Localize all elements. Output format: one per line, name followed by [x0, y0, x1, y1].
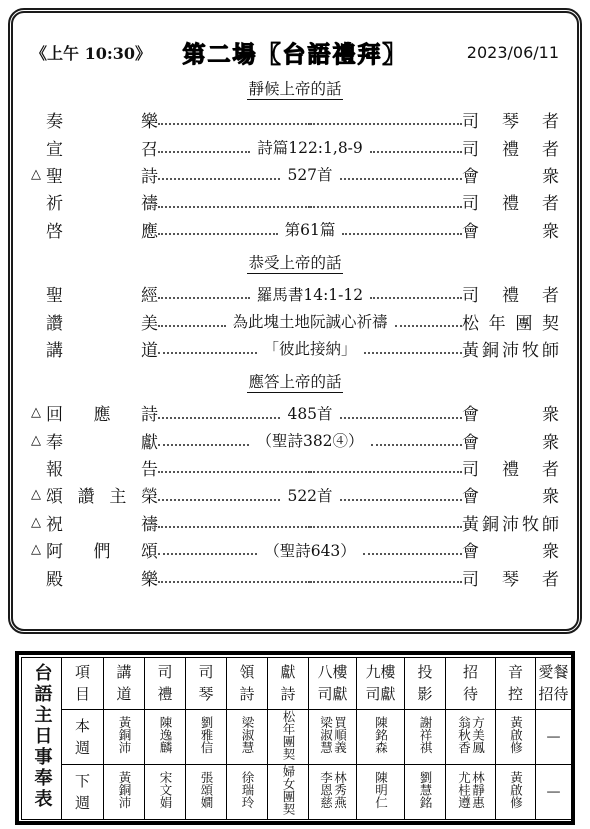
dotted-leader	[158, 352, 257, 354]
worship-program-box: 《上午 10:30》 第二場【台語禮拜】 2023/06/11 靜候上帝的話 奏…	[8, 8, 582, 634]
liturgy-row: 奏樂 司琴者	[31, 106, 559, 133]
duty-table-title: 台語主日事奉表	[29, 663, 55, 810]
liturgy-item: 祝禱	[46, 510, 158, 535]
duty-name: 買順義 梁淑慧	[319, 716, 347, 754]
col-header-song-leader: 領 詩	[227, 658, 268, 710]
liturgy-item: 講道	[46, 336, 158, 361]
dotted-leader	[340, 499, 462, 501]
row-prefix: △	[31, 405, 46, 420]
liturgy-detail: （聖詩382④）	[249, 429, 370, 451]
duty-cell: 劉雅信	[186, 710, 227, 765]
col-header-presider: 司 禮	[145, 658, 186, 710]
dotted-leader	[310, 206, 462, 208]
liturgy-role: 司禮者	[462, 135, 559, 160]
col-header-offering-8f: 八樓 司獻	[309, 658, 357, 710]
row-prefix: △	[31, 515, 46, 530]
section-heading-text: 應答上帝的話	[247, 373, 342, 393]
dotted-leader	[371, 444, 462, 446]
duty-cell: 松年團契	[268, 710, 309, 765]
liturgy-row: △ 回應詩 485首 會衆	[31, 399, 559, 426]
duty-cell: 陳明仁	[357, 765, 405, 820]
col-header-preacher: 講 道	[104, 658, 145, 710]
liturgy-detail: 527首	[280, 163, 339, 185]
liturgy-item: 奏樂	[46, 107, 158, 132]
duty-row-this-week: 本 週 黃銅沛 陳逸麟 劉雅信 梁淑慧 松年團契 買順義 梁淑慧 陳銘森 謝祥祺…	[22, 710, 572, 765]
liturgy-role: 會衆	[462, 162, 559, 187]
liturgy-detail: 522首	[280, 484, 339, 506]
liturgy-item: 聖詩	[46, 162, 158, 187]
dotted-leader	[370, 297, 462, 299]
service-time: 《上午 10:30》	[31, 41, 151, 64]
liturgy-role: 黃銅沛牧師	[462, 510, 559, 535]
duty-cell: 劉慧銘	[405, 765, 446, 820]
liturgy-row: △ 阿們頌 （聖詩643） 會衆	[31, 536, 559, 563]
liturgy-role: 司禮者	[462, 281, 559, 306]
liturgy-item: 殿樂	[46, 565, 158, 590]
duty-name: 梁淑慧	[240, 716, 254, 754]
duty-name: 黃銅沛	[117, 771, 131, 809]
duty-name: 黃啟修	[509, 716, 523, 754]
section-heading: 恭受上帝的話	[31, 250, 559, 276]
dotted-leader	[158, 471, 310, 473]
liturgy-row: △ 聖詩 527首 會衆	[31, 161, 559, 188]
liturgy-role: 司禮者	[462, 455, 559, 480]
liturgy-role: 會衆	[462, 428, 559, 453]
duty-cell: 林秀燕 李恩慈	[309, 765, 357, 820]
liturgy-role: 司琴者	[462, 565, 559, 590]
duty-cell-empty: —	[536, 710, 572, 765]
liturgy-detail: （聖詩643）	[257, 539, 363, 561]
duty-cell: 黃銅沛	[104, 765, 145, 820]
liturgy-row: 宣召 詩篇122:1,8-9 司禮者	[31, 133, 559, 160]
duty-cell: 黃銅沛	[104, 710, 145, 765]
liturgy-row: △ 頌讚主榮 522首 會衆	[31, 481, 559, 508]
dotted-leader	[158, 151, 250, 153]
liturgy-item: 報告	[46, 455, 158, 480]
dotted-leader	[158, 526, 310, 528]
duty-name: 黃啟修	[509, 771, 523, 809]
duty-cell: 謝祥祺	[405, 710, 446, 765]
duty-cell: 買順義 梁淑慧	[309, 710, 357, 765]
duty-name: 松年團契	[281, 710, 295, 760]
dotted-leader	[158, 233, 278, 235]
liturgy-row: 殿樂 司琴者	[31, 563, 559, 590]
liturgy-role: 會衆	[462, 217, 559, 242]
dotted-leader	[158, 178, 280, 180]
liturgy-detail: 485首	[280, 402, 339, 424]
liturgy-detail: 「彼此接納」	[257, 337, 364, 359]
dotted-leader	[158, 206, 310, 208]
liturgy-row: 祈禱 司禮者	[31, 188, 559, 215]
liturgy-item: 祈禱	[46, 189, 158, 214]
dotted-leader	[395, 325, 463, 327]
row-prefix: △	[31, 542, 46, 557]
duty-cell: 婦女團契	[268, 765, 309, 820]
section-heading: 靜候上帝的話	[31, 76, 559, 102]
bulletin-page: { "header": { "time": "《上午 10:30》", "tit…	[0, 0, 590, 829]
dotted-leader	[158, 553, 257, 555]
liturgy-item: 啓應	[46, 217, 158, 242]
liturgy-item: 頌讚主榮	[46, 482, 158, 507]
dotted-leader	[158, 499, 280, 501]
duty-header-row: 台語主日事奉表 項 目 講 道 司 禮 司 琴 領 詩 獻 詩 八樓 司獻 九樓…	[22, 658, 572, 710]
duty-cell: 林靜惠 尤桂遵	[446, 765, 496, 820]
dotted-leader	[158, 123, 310, 125]
liturgy-row: 讚美 為此塊土地阮誠心祈禱 松年團契	[31, 307, 559, 334]
duty-cell-empty: —	[536, 765, 572, 820]
liturgy-item: 奉獻	[46, 428, 158, 453]
duty-name: 婦女團契	[281, 765, 295, 815]
liturgy-row: 講道 「彼此接納」 黃銅沛牧師	[31, 335, 559, 362]
col-header-pianist: 司 琴	[186, 658, 227, 710]
duty-name: 黃銅沛	[117, 716, 131, 754]
liturgy-row: △ 祝禱 黃銅沛牧師	[31, 509, 559, 536]
liturgy-role: 會衆	[462, 482, 559, 507]
row-prefix: △	[31, 167, 46, 182]
program-header: 《上午 10:30》 第二場【台語禮拜】 2023/06/11	[31, 35, 559, 69]
section-heading-text: 靜候上帝的話	[247, 80, 342, 100]
liturgy-item: 阿們頌	[46, 537, 158, 562]
dotted-leader	[158, 325, 226, 327]
dotted-leader	[363, 553, 462, 555]
liturgy-row: 聖經 羅馬書14:1-12 司禮者	[31, 280, 559, 307]
service-date: 2023/06/11	[439, 43, 559, 62]
liturgy-detail: 第61篇	[278, 218, 343, 240]
liturgy-role: 司禮者	[462, 189, 559, 214]
dotted-leader	[158, 444, 249, 446]
liturgy-row: 啓應 第61篇 會衆	[31, 216, 559, 243]
dotted-leader	[342, 233, 462, 235]
row-label-next-week: 下 週	[62, 765, 104, 820]
col-header-sound: 音 控	[496, 658, 536, 710]
dotted-leader	[370, 151, 462, 153]
col-header-ushers: 招 待	[446, 658, 496, 710]
col-header-item: 項 目	[62, 658, 104, 710]
duty-name: 陳逸麟	[158, 716, 172, 754]
dotted-leader	[158, 297, 250, 299]
liturgy-item: 回應詩	[46, 400, 158, 425]
duty-name: 陳銘森	[374, 716, 388, 754]
duty-cell: 梁淑慧	[227, 710, 268, 765]
dotted-leader	[158, 581, 310, 583]
liturgy-role: 會衆	[462, 400, 559, 425]
col-header-anthem: 獻 詩	[268, 658, 309, 710]
dotted-leader	[158, 417, 280, 419]
liturgy-item: 讚美	[46, 309, 158, 334]
duty-name: 劉雅信	[199, 716, 213, 754]
duty-table-side-title-cell: 台語主日事奉表	[22, 658, 62, 820]
row-prefix: △	[31, 433, 46, 448]
duty-cell: 陳銘森	[357, 710, 405, 765]
duty-cell: 黃啟修	[496, 710, 536, 765]
row-prefix: △	[31, 487, 46, 502]
dotted-leader	[310, 471, 462, 473]
duty-name: 謝祥祺	[418, 716, 432, 754]
dotted-leader	[310, 123, 462, 125]
liturgy-detail: 羅馬書14:1-12	[250, 283, 370, 305]
col-header-meal-ushers: 愛餐 招待	[536, 658, 572, 710]
duty-cell: 張頌嫺	[186, 765, 227, 820]
col-header-offering-9f: 九樓 司獻	[357, 658, 405, 710]
liturgy-item: 聖經	[46, 281, 158, 306]
liturgy-role: 黃銅沛牧師	[462, 336, 559, 361]
section-heading-text: 恭受上帝的話	[247, 254, 342, 274]
dotted-leader	[340, 417, 462, 419]
duty-cell: 徐瑞玲	[227, 765, 268, 820]
dotted-leader	[310, 581, 462, 583]
duty-cell: 黃啟修	[496, 765, 536, 820]
duty-cell: 方美鳳 翁秋香	[446, 710, 496, 765]
liturgy-row: 報告 司禮者	[31, 454, 559, 481]
dotted-leader	[364, 352, 463, 354]
dotted-leader	[340, 178, 462, 180]
liturgy-detail: 詩篇122:1,8-9	[250, 136, 370, 158]
liturgy-role: 松年團契	[462, 309, 559, 334]
duty-name: 林秀燕 李恩慈	[319, 771, 347, 809]
row-label-this-week: 本 週	[62, 710, 104, 765]
duty-name: 劉慧銘	[418, 771, 432, 809]
dotted-leader	[310, 526, 462, 528]
liturgy-detail: 為此塊土地阮誠心祈禱	[226, 310, 395, 332]
duty-cell: 宋文娟	[145, 765, 186, 820]
duty-name: 張頌嫺	[199, 771, 213, 809]
duty-roster-table: 台語主日事奉表 項 目 講 道 司 禮 司 琴 領 詩 獻 詩 八樓 司獻 九樓…	[15, 651, 575, 825]
duty-name: 林靜惠 尤桂遵	[457, 771, 485, 809]
liturgy-role: 會衆	[462, 537, 559, 562]
col-header-projection: 投 影	[405, 658, 446, 710]
duty-name: 陳明仁	[374, 771, 388, 809]
service-title: 第二場【台語禮拜】	[151, 36, 439, 69]
duty-cell: 陳逸麟	[145, 710, 186, 765]
section-heading: 應答上帝的話	[31, 369, 559, 395]
duty-name: 徐瑞玲	[240, 771, 254, 809]
liturgy-row: △ 奉獻 （聖詩382④） 會衆	[31, 427, 559, 454]
duty-name: 宋文娟	[158, 771, 172, 809]
duty-row-next-week: 下 週 黃銅沛 宋文娟 張頌嫺 徐瑞玲 婦女團契 林秀燕 李恩慈 陳明仁 劉慧銘…	[22, 765, 572, 820]
liturgy-role: 司琴者	[462, 107, 559, 132]
liturgy-item: 宣召	[46, 135, 158, 160]
duty-name: 方美鳳 翁秋香	[457, 716, 485, 754]
